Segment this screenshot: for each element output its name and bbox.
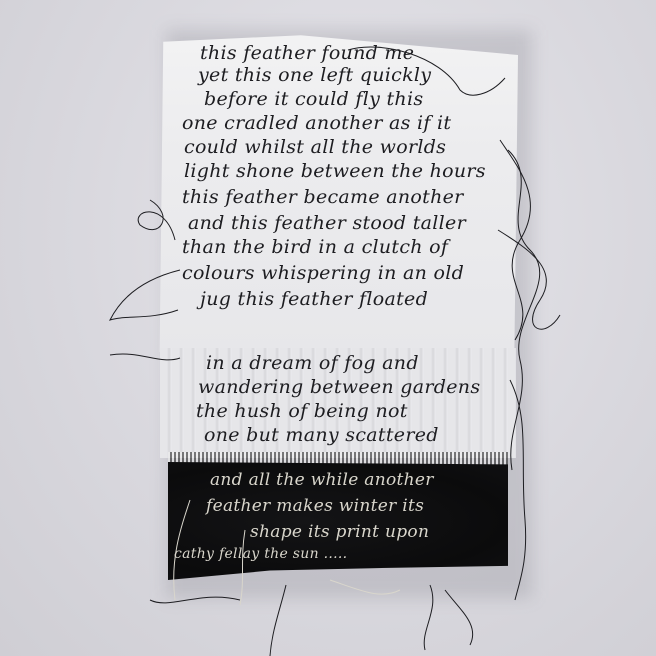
stitched-line-light: shape its print upon [250, 522, 429, 542]
stitched-line: one cradled another as if it [182, 112, 451, 134]
photo-scene: this feather found me yet this one left … [0, 0, 656, 656]
stitched-line: this feather found me [200, 42, 414, 64]
stitched-line: light shone between the hours [184, 160, 486, 182]
stitched-line-light: and all the while another [210, 470, 434, 490]
stitched-line: yet this one left quickly [198, 64, 431, 86]
stitched-line: could whilst all the worlds [184, 136, 446, 158]
stitched-line: wandering between gardens [198, 376, 480, 398]
stitched-line: before it could fly this [204, 88, 423, 110]
stitched-line: in a dream of fog and [206, 352, 419, 374]
stitched-line: than the bird in a clutch of [182, 236, 448, 258]
stitched-line: colours whispering in an old [182, 262, 464, 284]
stitched-line: and this feather stood taller [188, 212, 466, 234]
stitched-line: jug this feather floated [200, 288, 428, 310]
stitched-line: one but many scattered [204, 424, 439, 446]
stitched-line: this feather became another [182, 186, 464, 208]
stitched-line-light: feather makes winter its [206, 496, 424, 516]
stitched-line: the hush of being not [196, 400, 408, 422]
stitched-line-light: cathy fellay the sun ..... [174, 546, 347, 562]
